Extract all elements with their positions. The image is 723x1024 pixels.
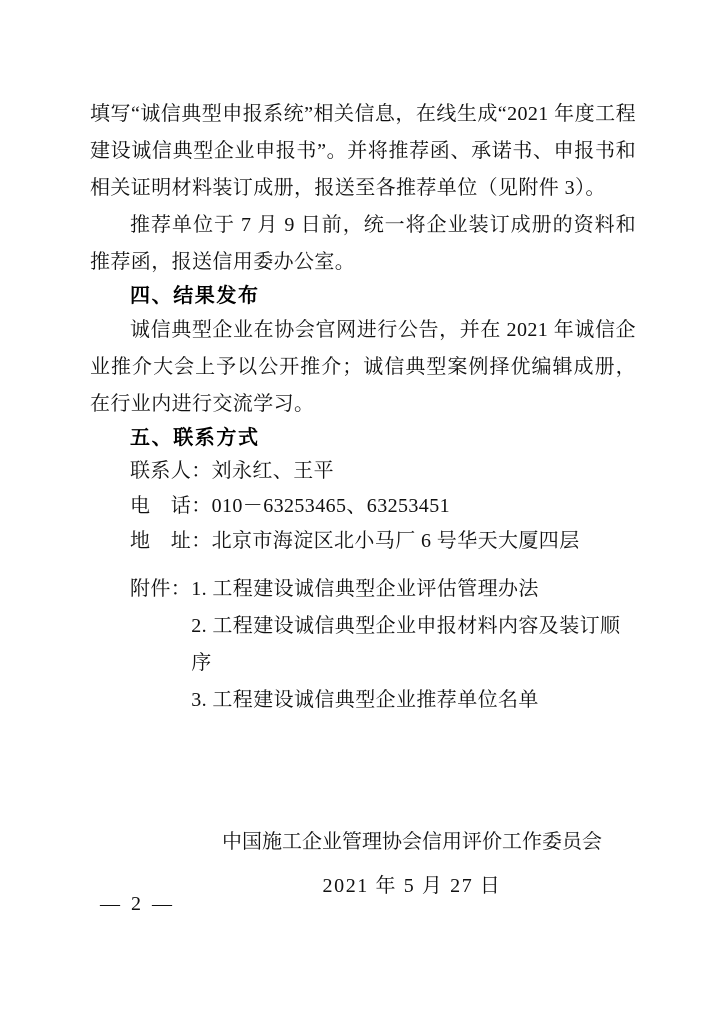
contact-person-value: 刘永红、王平: [212, 460, 334, 482]
contact-person-line: 联系人：刘永红、王平: [90, 454, 636, 489]
attachment-item-1: 1. 工程建设诚信典型企业评估管理办法: [191, 571, 636, 608]
paragraph-continued: 填写“诚信典型申报系统”相关信息，在线生成“2021 年度工程建设诚信典型企业申…: [90, 96, 636, 207]
contact-address-value: 北京市海淀区北小马厂 6 号华天大厦四层: [212, 530, 580, 552]
attachments-label: 附件：: [130, 571, 191, 719]
signature-block: 中国施工企业管理协会信用评价工作委员会 2021 年 5 月 27 日: [222, 824, 602, 905]
contact-phone-value: 010－63253465、63253451: [212, 495, 450, 517]
document-content: 填写“诚信典型申报系统”相关信息，在线生成“2021 年度工程建设诚信典型企业申…: [90, 96, 636, 905]
attachments-block: 附件： 1. 工程建设诚信典型企业评估管理办法 2. 工程建设诚信典型企业申报材…: [90, 571, 636, 719]
contact-address-label: 地 址：: [130, 530, 212, 552]
signature-date: 2021 年 5 月 27 日: [222, 868, 602, 905]
section-heading-contact: 五、联系方式: [90, 423, 636, 454]
section-heading-results: 四、结果发布: [90, 281, 636, 312]
paragraph-deadline: 推荐单位于 7 月 9 日前，统一将企业装订成册的资料和推荐函，报送信用委办公室…: [90, 207, 636, 281]
document-page: 填写“诚信典型申报系统”相关信息，在线生成“2021 年度工程建设诚信典型企业申…: [0, 0, 723, 1024]
contact-phone-line: 电 话：010－63253465、63253451: [90, 489, 636, 524]
paragraph-results: 诚信典型企业在协会官网进行公告，并在 2021 年诚信企业推介大会上予以公开推介…: [90, 312, 636, 423]
contact-block: 联系人：刘永红、王平 电 话：010－63253465、63253451 地 址…: [90, 454, 636, 559]
signature-organization: 中国施工企业管理协会信用评价工作委员会: [222, 824, 602, 861]
attachment-item-3: 3. 工程建设诚信典型企业推荐单位名单: [191, 682, 636, 719]
attachments-list: 1. 工程建设诚信典型企业评估管理办法 2. 工程建设诚信典型企业申报材料内容及…: [191, 571, 636, 719]
contact-phone-label: 电 话：: [130, 495, 212, 517]
contact-address-line: 地 址：北京市海淀区北小马厂 6 号华天大厦四层: [90, 524, 636, 559]
contact-person-label: 联系人：: [130, 460, 212, 482]
page-number: — 2 —: [100, 893, 175, 916]
attachment-item-2: 2. 工程建设诚信典型企业申报材料内容及装订顺序: [191, 608, 636, 682]
